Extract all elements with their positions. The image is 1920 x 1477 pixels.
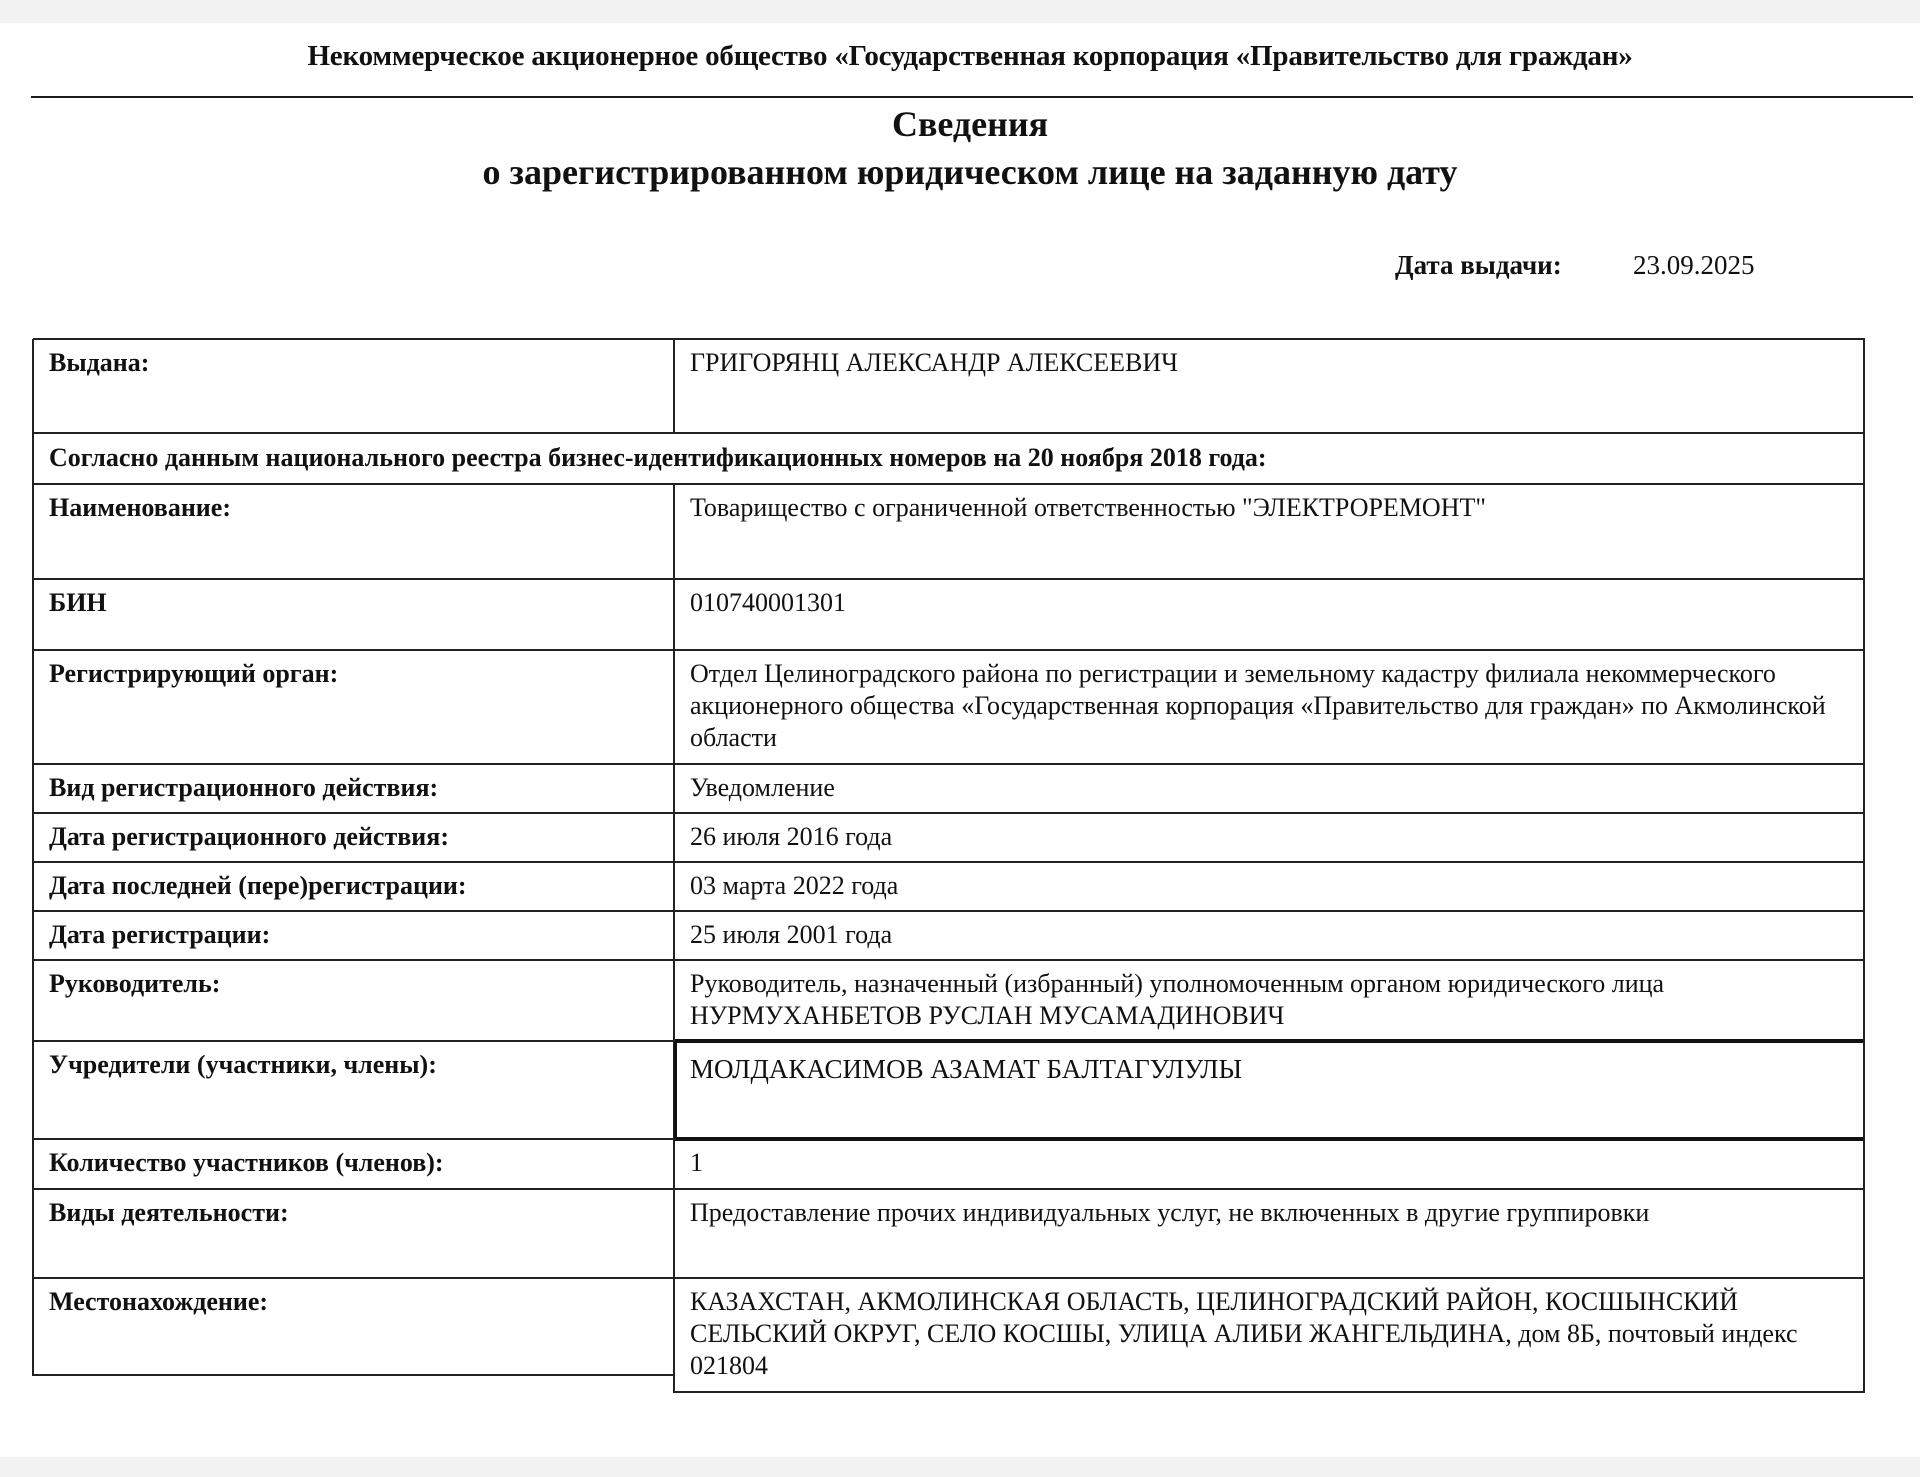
table-rule	[674, 1137, 1865, 1141]
issue-date-label: Дата выдачи:	[1395, 250, 1562, 281]
table-rule	[32, 339, 34, 1376]
table-rule	[33, 578, 1865, 580]
table-rule	[33, 812, 1865, 814]
bottom-gray-band	[0, 1457, 1920, 1477]
table-rule	[33, 1138, 674, 1140]
table-rule	[674, 1041, 677, 1139]
row-label: Руководитель:	[33, 960, 674, 1041]
issue-date-value: 23.09.2025	[1633, 250, 1755, 281]
row-label: Дата регистрационного действия:	[33, 813, 674, 862]
table-rule	[33, 1188, 1865, 1190]
table-rule	[33, 1277, 1865, 1279]
row-label: БИН	[33, 579, 674, 650]
organization-header: Некоммерческое акционерное общество «Гос…	[0, 40, 1920, 73]
row-value: 010740001301	[674, 579, 1864, 650]
row-value: КАЗАХСТАН, АКМОЛИНСКАЯ ОБЛАСТЬ, ЦЕЛИНОГР…	[674, 1278, 1864, 1392]
row-value: Товарищество с ограниченной ответственно…	[674, 484, 1864, 579]
table-rule	[33, 1040, 674, 1042]
table-rule	[674, 1039, 1865, 1043]
issued-to-value: ГРИГОРЯНЦ АЛЕКСАНДР АЛЕКСЕЕВИЧ	[674, 339, 1864, 433]
table-rule	[33, 649, 1865, 651]
row-label: Вид регистрационного действия:	[33, 764, 674, 813]
title-line-1: Сведения	[0, 100, 1920, 148]
row-value: 26 июля 2016 года	[674, 813, 1864, 862]
header-divider	[31, 96, 1913, 98]
row-value: Предоставление прочих индивидуальных усл…	[674, 1189, 1864, 1278]
table-rule	[33, 910, 1865, 912]
table-rule	[33, 1374, 675, 1376]
row-value: МОЛДАКАСИМОВ АЗАМАТ БАЛТАГУЛУЛЫ	[674, 1041, 1864, 1139]
row-label: Наименование:	[33, 484, 674, 579]
row-value: 25 июля 2001 года	[674, 911, 1864, 960]
table-rule	[33, 959, 1865, 961]
table-rule	[1863, 339, 1865, 1393]
row-label: Количество участников (членов):	[33, 1139, 674, 1189]
table-rule	[33, 763, 1865, 765]
row-value: Отдел Целиноградского района по регистра…	[674, 650, 1864, 764]
issued-to-label: Выдана:	[33, 339, 674, 433]
table-rule	[674, 1391, 1865, 1393]
registry-note: Согласно данным национального реестра би…	[33, 433, 1864, 484]
title-line-2: о зарегистрированном юридическом лице на…	[0, 148, 1920, 196]
row-label: Регистрирующий орган:	[33, 650, 674, 764]
table-rule	[33, 861, 1865, 863]
table-rule	[33, 338, 1865, 340]
row-label: Дата последней (пере)регистрации:	[33, 862, 674, 911]
table-rule	[673, 339, 675, 433]
row-label: Учредители (участники, члены):	[33, 1041, 674, 1139]
top-gray-band	[0, 0, 1920, 23]
row-value: 03 марта 2022 года	[674, 862, 1864, 911]
row-label: Дата регистрации:	[33, 911, 674, 960]
table-rule	[33, 483, 1865, 485]
row-label: Местонахождение:	[33, 1278, 674, 1375]
row-label: Виды деятельности:	[33, 1189, 674, 1278]
row-value: Руководитель, назначенный (избранный) уп…	[674, 960, 1864, 1041]
row-value: Уведомление	[674, 764, 1864, 813]
table-rule	[673, 484, 675, 1393]
row-value: 1	[674, 1139, 1864, 1189]
document-title: Сведения о зарегистрированном юридическо…	[0, 100, 1920, 196]
table-rule	[33, 432, 1865, 434]
